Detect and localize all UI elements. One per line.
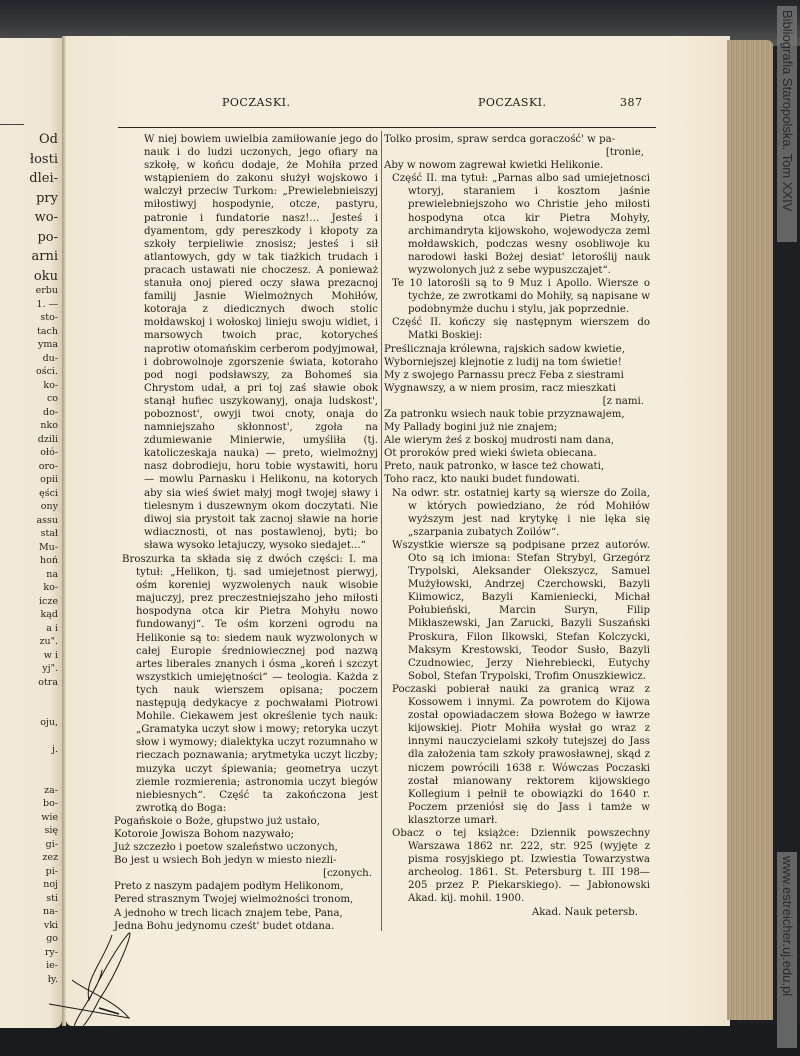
verse-line: Jedna Bohu jedynomu cześt' budet otdana. bbox=[114, 920, 378, 933]
column-divider bbox=[381, 131, 382, 931]
left-page-text-small: erbu 1. — sto- tach yma du- ości. ko- co… bbox=[36, 284, 58, 986]
left-page-rule bbox=[0, 124, 24, 125]
verse-to-mary: Preślicznaja królewna, rajskich sadow kw… bbox=[384, 343, 650, 487]
paragraph-latorosli: Te 10 latorośli są to 9 Muz i Apollo. Wi… bbox=[384, 277, 650, 316]
verse-line: Pered strasznym Twojej wielmożności tron… bbox=[114, 893, 378, 906]
verse-line: My Pallady bogini już nie znajem; bbox=[384, 421, 650, 434]
verse-line: My z swojego Parnassu precz Feba z siest… bbox=[384, 369, 650, 382]
verse-line: Preto z naszym padajem podłym Helikonom, bbox=[114, 880, 378, 893]
paragraph-broszurka: Broszurka ta składa się z dwóch części: … bbox=[114, 553, 378, 815]
signature-mark bbox=[44, 930, 144, 1040]
watermark-url-text: www.estreicher.uj.edu.pl bbox=[780, 856, 795, 996]
verse-line: Aby w nowom zagrewał kwietki Helikonie. bbox=[384, 159, 650, 172]
right-column: Tolko prosim, spraw serdca goraczość' w … bbox=[384, 133, 650, 919]
verse-line: Kotoroie Jowisza Bohom nazywało; bbox=[114, 828, 378, 841]
verse-line: Ot proroków pred wieki świeta obiecana. bbox=[384, 447, 650, 460]
verse-line: [tronie, bbox=[384, 146, 650, 159]
verse-line: Wyborniejszej klejnotie z ludij na tom ś… bbox=[384, 356, 650, 369]
verse-line: Preślicznaja królewna, rajskich sadow kw… bbox=[384, 343, 650, 356]
verse-line: Pogańskoie o Boże, głupstwo już ustało, bbox=[114, 815, 378, 828]
paragraph-authors: Wszystkie wiersze są podpisane przez aut… bbox=[384, 539, 650, 683]
paragraph-broszurka-lead: Broszurka ta składa się z dwóch części: bbox=[122, 554, 343, 565]
left-page-text-large: Od łosti dlei- pry wo- po- arni oku bbox=[29, 130, 58, 286]
running-head-right: POCZASKI. bbox=[478, 96, 547, 109]
library-location: Akad. Nauk petersb. bbox=[384, 906, 650, 919]
verse-line: Wygnawszy, a w niem prosim, racz mieszka… bbox=[384, 382, 650, 395]
paragraph-dedication: W niej bowiem uwielbia zamiłowanie jego … bbox=[114, 133, 378, 552]
paragraph-references: Obacz o tej książce: Dziennik powszechny… bbox=[384, 827, 650, 906]
verse-line: A jednoho w trech licach znajem tebe, Pa… bbox=[114, 907, 378, 920]
verse-closing-part1: Tolko prosim, spraw serdca goraczość' w … bbox=[384, 133, 650, 172]
verse-line: Preto, nauk patronko, w łasce też chowat… bbox=[384, 460, 650, 473]
verse-line: Toho racz, kto nauki budet fundowati. bbox=[384, 473, 650, 486]
watermark-title-text: Bibliografia Staropolska. Tom XXIV bbox=[780, 10, 795, 211]
paragraph-biography: Poczaski pobierał nauki za granicą wraz … bbox=[384, 683, 650, 827]
verse-line: [z nami. bbox=[384, 395, 650, 408]
verse-line: Bo jest u wsiech Boh jedyn w miesto niez… bbox=[114, 854, 378, 867]
watermark-title: Bibliografia Staropolska. Tom XXIV bbox=[777, 6, 797, 242]
paragraph-broszurka-body: I. ma tytuł: „Helikon, tj. sad umiejetno… bbox=[136, 554, 378, 814]
paragraph-part2: Część II. ma tytuł: „Parnas albo sad umi… bbox=[384, 172, 650, 277]
verse-line: Już szczezło i poetow szaleństwo uczonyc… bbox=[114, 841, 378, 854]
page-number: 387 bbox=[620, 96, 643, 109]
header-rule bbox=[118, 127, 656, 128]
paragraph-zoil: Na odwr. str. ostatniej karty są wiersze… bbox=[384, 487, 650, 539]
running-head-left: POCZASKI. bbox=[222, 96, 291, 109]
verse-to-god: Pogańskoie o Boże, głupstwo już ustało,K… bbox=[114, 815, 378, 933]
verse-line: Za patronku wsiech nauk tobie przyznawaj… bbox=[384, 408, 650, 421]
verse-line: Tolko prosim, spraw serdca goraczość' w … bbox=[384, 133, 650, 146]
watermark-url: www.estreicher.uj.edu.pl bbox=[777, 852, 797, 1048]
left-column: W niej bowiem uwielbia zamiłowanie jego … bbox=[114, 133, 378, 933]
paragraph-part2-ending: Część II. kończy się następnym wierszem … bbox=[384, 316, 650, 342]
verse-line: Ale wierym żeś z boskoj mudrosti nam dan… bbox=[384, 434, 650, 447]
page-edges bbox=[727, 40, 773, 1020]
verse-line: [czonych. bbox=[114, 867, 378, 880]
left-page-fragment: Od łosti dlei- pry wo- po- arni oku erbu… bbox=[0, 38, 62, 1028]
